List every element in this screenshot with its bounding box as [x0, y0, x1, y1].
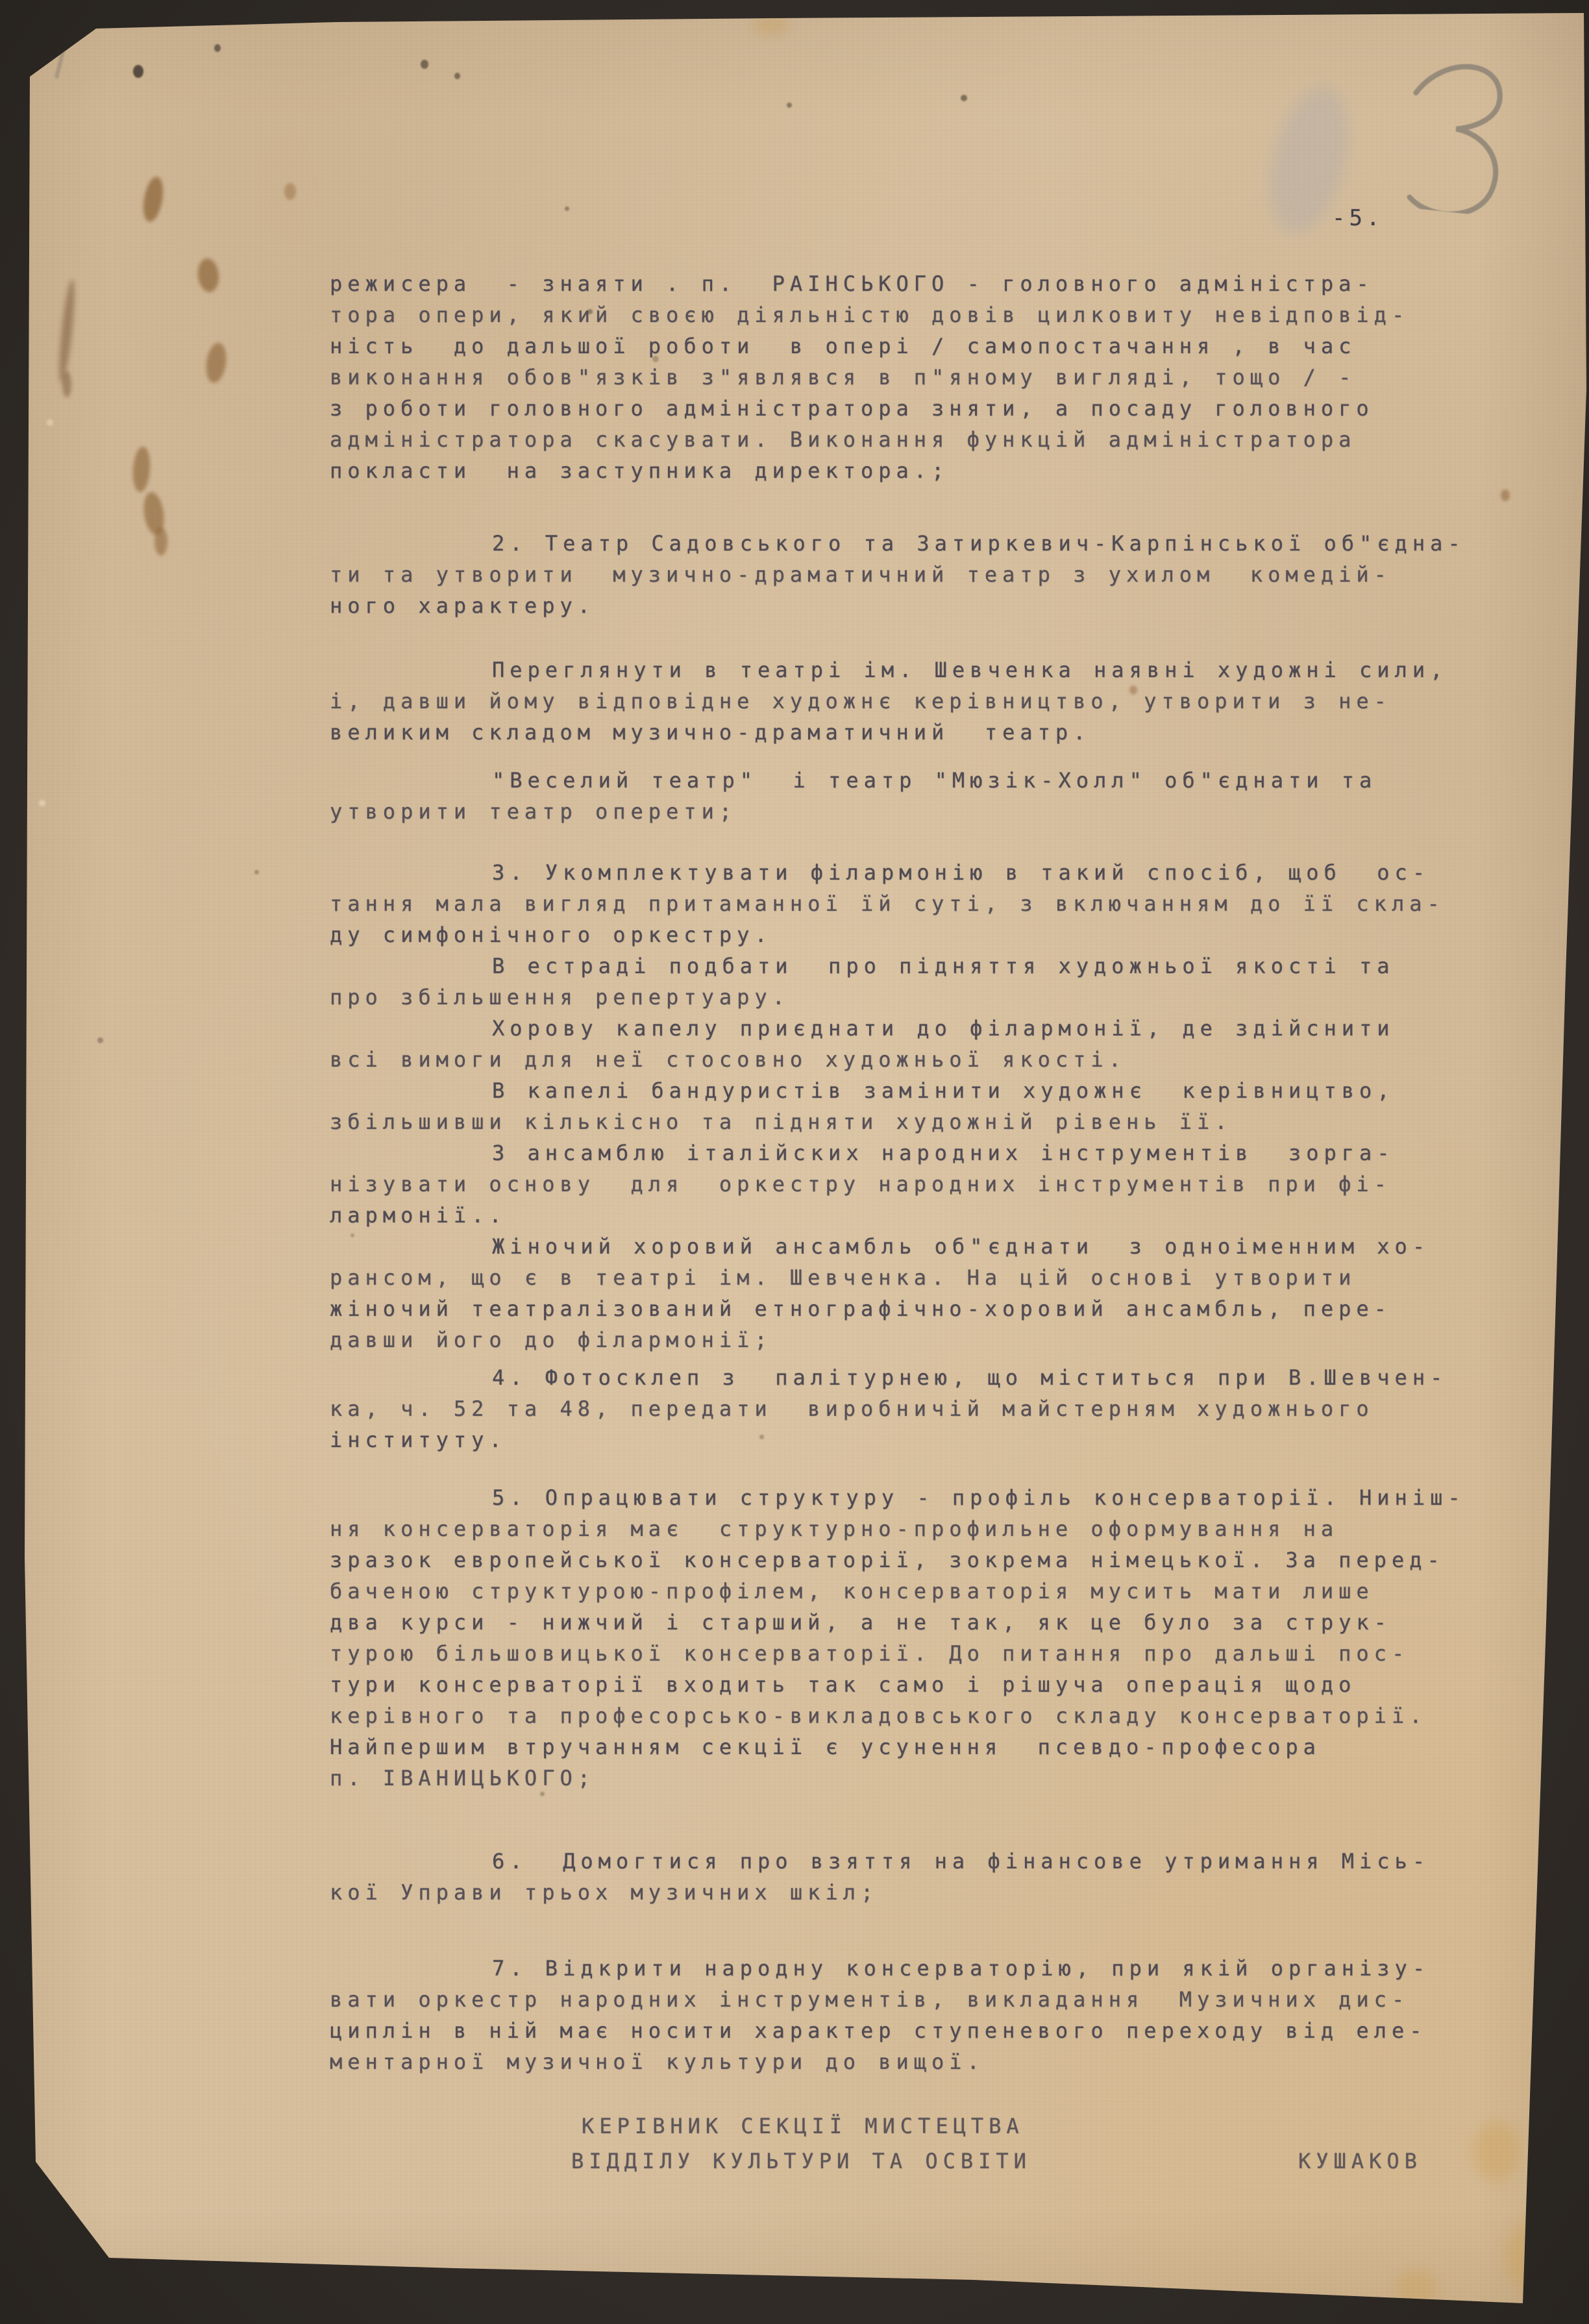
text-line: 5. Опрацювати структуру - профіль консер…: [330, 1482, 1492, 1513]
stain-speck: [421, 60, 428, 69]
stain-speck: [254, 870, 259, 874]
stain-speck: [1396, 2271, 1437, 2305]
text-line: ду симфонічного оркестру.: [330, 919, 1492, 950]
stain-speck: [961, 95, 967, 101]
paragraph: В капелі бандуристів замінити художнє ке…: [330, 1075, 1492, 1137]
text-line: жіночий театралізований етнографічно-хор…: [330, 1293, 1492, 1324]
text-line: п. ІВАНИЦЬКОГО;: [330, 1762, 1492, 1794]
text-line: Жіночий хоровий ансамбль об"єднати з одн…: [330, 1231, 1492, 1262]
text-line: рансом, що є в театрі ім. Шевченка. На ц…: [330, 1262, 1492, 1293]
text-line: кої Управи трьох музичних шкіл;: [330, 1877, 1492, 1908]
text-line: інституту.: [330, 1424, 1492, 1455]
text-line: ка, ч. 52 та 48, передати виробничій май…: [330, 1393, 1492, 1424]
text-line: В естраді подбати про підняття художньої…: [330, 950, 1492, 982]
text-line: Переглянути в театрі ім. Шевченка наявні…: [330, 654, 1492, 686]
paragraph: Хорову капелу приєднати до філармонії, д…: [330, 1013, 1492, 1075]
paragraph: режисера - знаяти . п. РАІНСЬКОГО - голо…: [330, 268, 1492, 486]
text-line: Хорову капелу приєднати до філармонії, д…: [330, 1013, 1492, 1044]
stain-speck: [454, 73, 460, 79]
pencil-mark: [55, 34, 69, 79]
text-line: керівного та професорсько-викладовського…: [330, 1700, 1492, 1731]
typed-page-number: -5.: [1332, 205, 1383, 231]
stain-speck: [1570, 2038, 1589, 2080]
stain-speck: [196, 257, 220, 293]
text-line: ного характеру.: [330, 590, 1492, 621]
text-line: "Веселий театр" і театр "Мюзік-Холл" об"…: [330, 765, 1492, 796]
signature-name: КУШАКОВ: [1298, 2144, 1422, 2179]
stain-speck: [56, 279, 78, 384]
text-line: вати оркестр народних інструментів, викл…: [330, 1984, 1492, 2015]
text-line: тання мала вигляд притаманної їй суті, з…: [330, 888, 1492, 919]
stain-speck: [97, 1037, 103, 1043]
text-line: ня консерваторія має структурно-профильн…: [330, 1513, 1492, 1544]
text-line: збільшивши кількісно та підняти художній…: [330, 1106, 1492, 1137]
document-page: -5. режисера - знаяти . п. РАІНСЬКОГО - …: [0, 0, 1589, 2324]
stain-speck: [787, 103, 792, 108]
scan-background: -5. режисера - знаяти . п. РАІНСЬКОГО - …: [0, 0, 1589, 2324]
text-line: Найпершим втручанням секції є усунення п…: [330, 1731, 1492, 1762]
text-line: 2. Театр Садовського та Затиркевич-Карпі…: [330, 528, 1492, 559]
paragraph: 7. Відкрити народну консерваторію, при я…: [330, 1953, 1492, 2077]
text-line: ність до дальшої роботи в опері / самопо…: [330, 330, 1492, 362]
text-line: і, давши йому відповідне художнє керівни…: [330, 686, 1492, 717]
text-line: всі вимоги для неї стосовно художньої як…: [330, 1044, 1492, 1075]
text-line: В капелі бандуристів замінити художнє ке…: [330, 1075, 1492, 1106]
stain-speck: [1506, 2219, 1568, 2294]
text-line: ментарної музичної культури до вищої.: [330, 2046, 1492, 2077]
stain-speck: [154, 527, 167, 556]
text-line: давши його до філармонії;: [330, 1324, 1492, 1355]
text-line: тури консерваторії входить так само і рі…: [330, 1669, 1492, 1700]
text-line: адміністратора скасувати. Виконання функ…: [330, 424, 1492, 455]
text-line: 3. Укомплектувати філармонію в такий спо…: [330, 857, 1492, 888]
text-line: 7. Відкрити народну консерваторію, при я…: [330, 1953, 1492, 1984]
text-line: турою більшовицької консерваторії. До пи…: [330, 1638, 1492, 1669]
text-line: великим складом музично-драматичний теат…: [330, 717, 1492, 748]
text-line: два курси - нижчий і старший, а не так, …: [330, 1607, 1492, 1638]
stain-speck: [753, 16, 789, 35]
paragraph: 4. Фотосклеп з палітурнею, що міститься …: [330, 1362, 1492, 1455]
stain-speck: [133, 65, 143, 78]
stain-speck: [132, 446, 152, 493]
stain-speck: [1501, 489, 1510, 501]
text-line: З ансамблю італійских народних інструмен…: [330, 1137, 1492, 1168]
text-line: покласти на заступника директора.;: [330, 455, 1492, 486]
stain-speck: [565, 206, 569, 211]
text-line: зразок европейської консерваторії, зокре…: [330, 1544, 1492, 1576]
text-line: ти та утворити музично-драматичний театр…: [330, 559, 1492, 590]
stain-speck: [47, 419, 53, 426]
paragraph: "Веселий театр" і театр "Мюзік-Холл" об"…: [330, 765, 1492, 827]
paragraph: 5. Опрацювати структуру - профіль консер…: [330, 1482, 1492, 1794]
stain-speck: [214, 44, 221, 52]
handwritten-page-number: [1386, 47, 1526, 219]
text-line: 4. Фотосклеп з палітурнею, що міститься …: [330, 1362, 1492, 1393]
text-line: 6. Домогтися про взяття на фінансове утр…: [330, 1846, 1492, 1877]
text-line: баченою структурою-профілем, консерватор…: [330, 1576, 1492, 1607]
paragraph: 6. Домогтися про взяття на фінансове утр…: [330, 1846, 1492, 1908]
text-line: циплін в ній має носити характер ступене…: [330, 2015, 1492, 2046]
text-line: нізувати основу для оркестру народних ін…: [330, 1168, 1492, 1200]
paragraph: Жіночий хоровий ансамбль об"єднати з одн…: [330, 1231, 1492, 1355]
paragraph: Переглянути в театрі ім. Шевченка наявні…: [330, 654, 1492, 748]
stain-speck: [142, 491, 167, 536]
text-line: лармонії..: [330, 1200, 1492, 1231]
stain-speck: [204, 341, 228, 384]
stain-speck: [140, 175, 166, 223]
signature-block: КЕРІВНИК СЕКЦІЇ МИСТЕЦТВА ВІДДІЛУ КУЛЬТУ…: [0, 2108, 1589, 2212]
text-line: з роботи головного адміністратора зняти,…: [330, 393, 1492, 424]
text-line: тора опери, який своєю діяльністю довів …: [330, 299, 1492, 330]
paragraph: В естраді подбати про підняття художньої…: [330, 950, 1492, 1013]
text-line: утворити театр оперети;: [330, 796, 1492, 827]
stain-speck: [62, 371, 71, 397]
paragraph: З ансамблю італійских народних інструмен…: [330, 1137, 1492, 1231]
signature-title-line1: КЕРІВНИК СЕКЦІЇ МИСТЕЦТВА: [582, 2108, 1031, 2144]
text-line: режисера - знаяти . п. РАІНСЬКОГО - голо…: [330, 268, 1492, 299]
signature-title-line2: ВІДДІЛУ КУЛЬТУРИ ТА ОСВІТИ: [571, 2144, 1031, 2179]
text-line: виконання обов"язків з"являвся в п"яному…: [330, 362, 1492, 393]
signature-title: КЕРІВНИК СЕКЦІЇ МИСТЕЦТВА ВІДДІЛУ КУЛЬТУ…: [582, 2108, 1031, 2179]
stain-speck: [39, 800, 45, 806]
stain-speck: [284, 183, 296, 200]
text-line: про збільшення репертуару.: [330, 982, 1492, 1013]
document-body: режисера - знаяти . п. РАІНСЬКОГО - голо…: [330, 268, 1492, 2077]
paragraph: 2. Театр Садовського та Затиркевич-Карпі…: [330, 528, 1492, 621]
paragraph: 3. Укомплектувати філармонію в такий спо…: [330, 857, 1492, 950]
